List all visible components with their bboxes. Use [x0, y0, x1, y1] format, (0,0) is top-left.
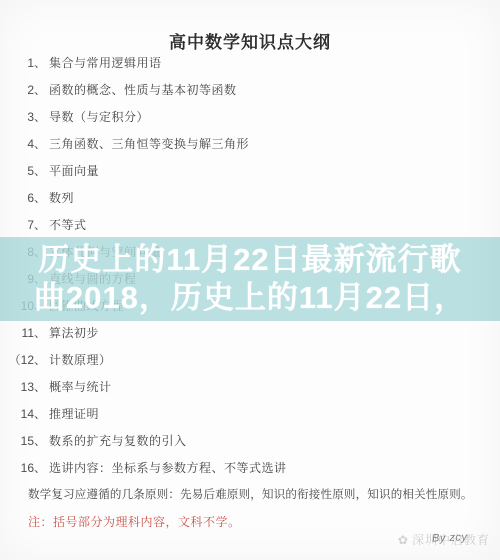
page-title: 高中数学知识点大纲: [0, 28, 500, 53]
item-number: 2、: [8, 83, 46, 98]
item-number: 6、: [8, 191, 46, 206]
item-number: 11、: [8, 326, 46, 341]
list-item: 11、算法初步: [0, 326, 500, 353]
list-item: 2、函数的概念、性质与基本初等函数: [0, 83, 500, 110]
watermark-stamp: By zcy: [432, 531, 468, 544]
watermark-logo-icon: ✿: [398, 533, 409, 547]
item-number: 5、: [8, 164, 46, 179]
item-label: 数系的扩充与复数的引入: [49, 434, 187, 449]
review-principles-text: 数学复习应遵循的几条原则：先易后难原则，知识的衔接性原则，知识的相关性原则。: [0, 488, 500, 515]
list-item: 14、推理证明: [0, 407, 500, 434]
list-item: 16、选讲内容：坐标系与参数方程、不等式选讲: [0, 461, 500, 488]
list-item: 6、数列: [0, 191, 500, 218]
item-label: 推理证明: [49, 407, 99, 422]
item-label: 算法初步: [49, 326, 99, 341]
item-label: 数列: [49, 191, 74, 206]
list-item: 4、三角函数、三角恒等变换与解三角形: [0, 137, 500, 164]
item-number: 14、: [8, 407, 46, 422]
list-item: 3、导数（与定积分）: [0, 110, 500, 137]
item-label: 计数原理）: [49, 353, 112, 368]
item-number: （12、: [8, 353, 46, 368]
list-item: 5、平面向量: [0, 164, 500, 191]
headline-line-1: 历史上的11月22日最新流行歌: [38, 241, 461, 279]
item-label: 平面向量: [49, 164, 99, 179]
item-label: 函数的概念、性质与基本初等函数: [49, 83, 237, 98]
headline-banner-overlay: 历史上的11月22日最新流行歌 曲2018，历史上的11月22日，: [0, 237, 500, 321]
item-number: 1、: [8, 56, 46, 71]
item-number: 4、: [8, 137, 46, 152]
item-label: 选讲内容：坐标系与参数方程、不等式选讲: [49, 461, 287, 476]
item-number: 13、: [8, 380, 46, 395]
list-item: 15、数系的扩充与复数的引入: [0, 434, 500, 461]
item-label: 概率与统计: [49, 380, 112, 395]
headline-line-2: 曲2018，历史上的11月22日，: [34, 279, 466, 317]
item-label: 导数（与定积分）: [49, 110, 149, 125]
item-label: 集合与常用逻辑用语: [49, 56, 162, 71]
list-item: 13、概率与统计: [0, 380, 500, 407]
watermark: ✿深圳中启教育 By zcy: [398, 531, 490, 548]
item-number: 7、: [8, 218, 46, 233]
item-number: 15、: [8, 434, 46, 449]
list-item: 1、集合与常用逻辑用语: [0, 56, 500, 83]
item-label: 不等式: [49, 218, 87, 233]
item-label: 三角函数、三角恒等变换与解三角形: [49, 137, 249, 152]
list-item: （12、计数原理）: [0, 353, 500, 380]
item-number: 3、: [8, 110, 46, 125]
item-number: 16、: [8, 461, 46, 476]
